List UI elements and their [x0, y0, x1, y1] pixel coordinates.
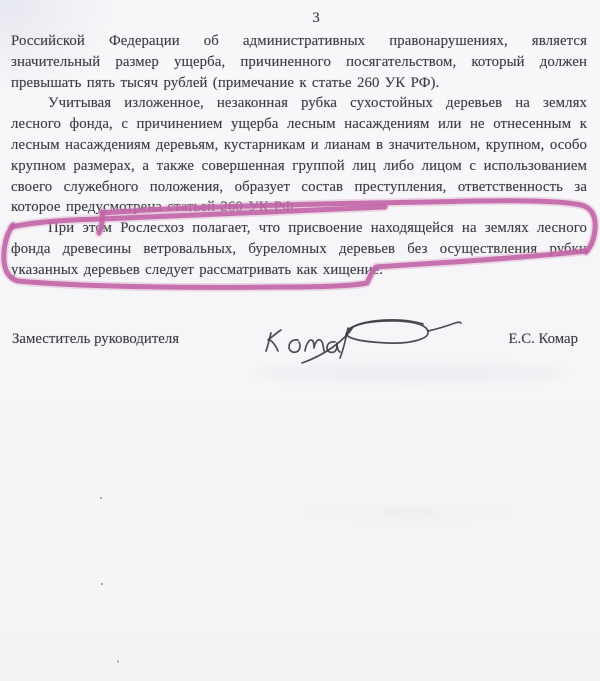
document-body: Российской Федерации об административных…: [11, 31, 587, 281]
page-number: 3: [312, 10, 320, 27]
paragraph-highlighted-conclusion: При этом Рослесхоз полагает, что присвое…: [11, 218, 587, 280]
signer-position-title: Заместитель руководителя: [12, 331, 179, 348]
scan-bleedthrough-smudge: [255, 364, 565, 382]
scan-speck: [101, 583, 103, 585]
paragraph-legal-analysis: Учитывая изложенное, незаконная рубка су…: [11, 93, 587, 218]
scan-speck: [100, 497, 102, 499]
scan-speck: [117, 660, 119, 663]
scanned-document-page: 3 Российской Федерации об административн…: [0, 0, 600, 681]
scan-bleedthrough-smudge: [300, 505, 520, 519]
signer-name: Е.С. Комар: [509, 331, 578, 348]
paragraph-continuation: Российской Федерации об административных…: [11, 31, 587, 93]
signature-block: Заместитель руководителя Е.С. Комар: [12, 331, 578, 348]
